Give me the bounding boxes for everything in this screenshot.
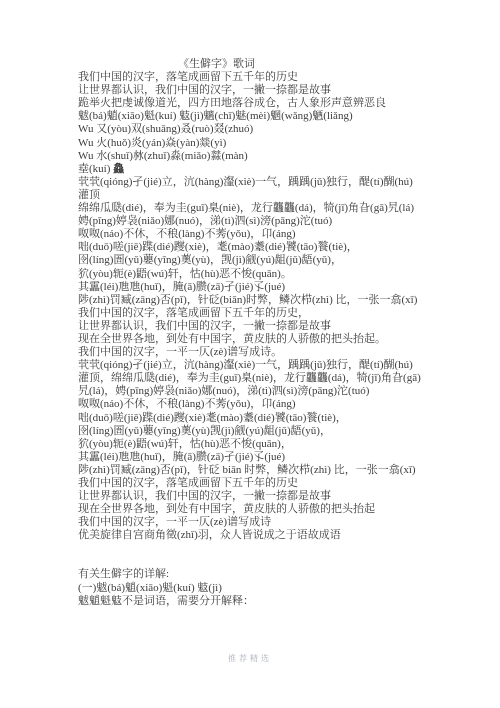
- lyric-line: 灌顶: [78, 189, 478, 202]
- lyric-line: 囹(líng)圄(yǔ)蘡(yīng)薁(yù)，觊(jì)觎(yú)龃(jǔ)…: [78, 254, 478, 267]
- lyrics-block: 我们中国的汉字，落笔成画留下五千年的历史让世界都认识，我们中国的汉字，一撇一捺都…: [78, 71, 478, 542]
- lyric-line: Wu 火(huǒ)炎(yán)焱(yàn)燚(yì): [78, 137, 478, 150]
- lyric-line: 咄(duō)嗟(jiē)蹀(dié)躞(xiè)，耄(mào)耋(dié)饕(t…: [78, 241, 478, 254]
- lyric-line: 让世界都认识，我们中国的汉字，一撇一捺都是故事: [78, 490, 478, 503]
- lyric-line: 现在全世界各地，到处有中国字，黄皮肤的人骄傲的把头抬起: [78, 503, 478, 516]
- lyric-line: 茕茕(qióng)孑(jié)立，沆(hàng)瀣(xiè)一气，踽踽(jǔ)独…: [78, 176, 478, 189]
- section-spacer: [78, 542, 478, 568]
- note-line: (一)魃(bá)魈(xiāo)魁(kuí) 鬾(jì): [78, 582, 478, 595]
- lyric-line: 我们中国的汉字，落笔成画留下五千年的历史: [78, 71, 478, 84]
- watermark-label: 推荐精选: [0, 653, 500, 664]
- lyric-line: Wu 又(yòu)双(shuāng)叒(ruò)叕(zhuó): [78, 123, 478, 136]
- lyric-line: 娉(pīng)婷袅(niǎo)娜(nuó)，涕(tì)泗(sì)滂(pāng)沱…: [78, 215, 478, 228]
- lyric-line: 茕茕(qióng)孑(jié)立，沆(hàng)瀣(xiè)一气，踽踽(jǔ)独…: [78, 359, 478, 372]
- lyric-line: 灌顶，绵绵瓜瓞(dié)，奉为圭(guī)臬(niè)，龙行龘龘(dá)，犄(j…: [78, 372, 478, 385]
- lyric-line: 跪举火把虔诚像道光，四方田地落谷成仓，古人象形声意辨恶良: [78, 97, 478, 110]
- lyric-line: 旯(lá)，娉(pīng)婷袅(niǎo)娜(nuó)，涕(tì)泗(sì)滂(…: [78, 385, 478, 398]
- lyric-line: 其靁(léi)虺虺(huǐ)，腌(ā)臜(zā)孑(jié)孓(jué): [78, 281, 478, 294]
- lyric-line: 魃(bá)魈(xiāo)魁(kuí) 鬾(jì)魑(chī)魅(mèi)魍(wǎ…: [78, 110, 478, 123]
- lyric-line: Wu 水(shuǐ)沝(zhuǐ)淼(miǎo)㵘(màn): [78, 150, 478, 163]
- lyric-line: 我们中国的汉字，落笔成画留下五千年的历史，: [78, 307, 478, 320]
- lyric-line: 陟(zhì)罚臧(zāng)否(pǐ)，针砭(biān)时弊，鳞次栉(zhì) …: [78, 294, 478, 307]
- notes-block: 有关生僻字的详解:(一)魃(bá)魈(xiāo)魁(kuí) 鬾(jì)魃魈魁鬾…: [78, 568, 478, 607]
- lyrics-content: 《生僻字》歌词 我们中国的汉字，落笔成画留下五千年的历史让世界都认识，我们中国的…: [78, 58, 478, 608]
- song-title: 《生僻字》歌词: [78, 58, 478, 71]
- lyric-line: 让世界都认识，我们中国的汉字，一撇一捺都是故事: [78, 320, 478, 333]
- lyric-line: 我们中国的汉字，落笔成画留下五千年的历史: [78, 477, 478, 490]
- lyric-line: 呶呶(náo)不休，不稂(làng)不莠(yǒu)，卬(áng): [78, 398, 478, 411]
- lyric-line: 咄(duō)嗟(jiē)蹀(dié)躞(xiè)耄(mào)耋(dié)饕(tā…: [78, 412, 478, 425]
- lyric-line: 㙓(kuí) 鱻: [78, 163, 478, 176]
- lyric-line: 我们中国的汉字，一平一仄(zè)谱写成诗: [78, 516, 478, 529]
- lyric-line: 狖(yòu)轭(è)鼯(wú)轩，怙(hù)恶不悛(quān)，: [78, 438, 478, 451]
- note-line: 魃魈魁鬾不是词语，需要分开解释：: [78, 595, 478, 608]
- lyric-line: 我们中国的汉字，一平一仄(zè)谱写成诗。: [78, 346, 478, 359]
- lyric-line: 呶呶(náo)不休，不稂(làng)不莠(yǒu)，卬(áng): [78, 228, 478, 241]
- lyric-line: 绵绵瓜瓞(dié)，奉为圭(guī)臬(niè)，龙行龘龘(dá)，犄(jī)角…: [78, 202, 478, 215]
- bold-character: 鱻: [113, 163, 124, 175]
- note-line: 有关生僻字的详解:: [78, 568, 478, 581]
- document-page: 《生僻字》歌词 我们中国的汉字，落笔成画留下五千年的历史让世界都认识，我们中国的…: [0, 0, 500, 708]
- lyric-line: 现在全世界各地，到处有中国字，黄皮肤的人骄傲的把头抬起。: [78, 333, 478, 346]
- lyric-line: 囹(líng)圄(yǔ)蘡(yīng)薁(yù)觊(jì)觎(yú)龃(jǔ)龉…: [78, 425, 478, 438]
- lyric-line: 让世界都认识，我们中国的汉字，一撇一捺都是故事: [78, 84, 478, 97]
- lyric-line: 狖(yòu)轭(è)鼯(wú)轩，怙(hù)恶不悛(quān)。: [78, 268, 478, 281]
- lyric-line: 其靁(léi)虺虺(huǐ)，腌(ā)臜(zā)孑(jié)孓(jué): [78, 451, 478, 464]
- lyric-line: 陟(zhì)罚臧(zāng)否(pǐ)，针砭 biān 时弊，鳞次栉(zhì) …: [78, 464, 478, 477]
- lyric-line: 优美旋律自宫商角徵(zhǐ)羽，众人皆说成之于语故成语: [78, 529, 478, 542]
